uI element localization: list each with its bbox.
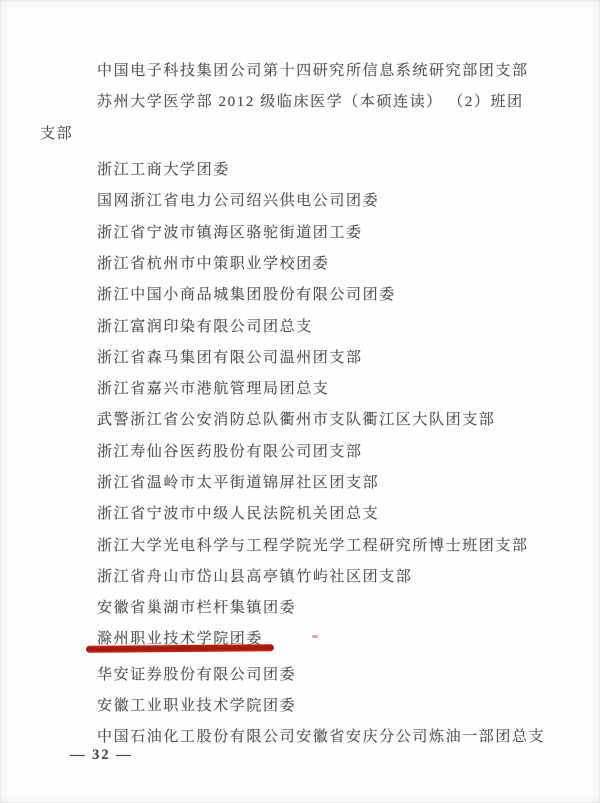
list-item: 浙江省宁波市中级人民法院机关团总支 bbox=[40, 497, 560, 528]
red-ink-speck bbox=[312, 635, 318, 638]
list-item: 浙江省森马集团有限公司温州团支部 bbox=[40, 341, 560, 372]
organization-name: 浙江省杭州市中策职业学校团委 bbox=[97, 252, 329, 273]
organization-name: 中国石油化工股份有限公司安徽省安庆分公司炼油一部团总支 bbox=[97, 725, 545, 746]
list-item: 浙江大学光电科学与工程学院光学工程研究所博士班团支部 bbox=[40, 528, 560, 559]
list-item: 浙江省舟山市岱山县高亭镇竹屿社区团支部 bbox=[40, 560, 560, 591]
highlighted-list-item: 滁州职业技术学院团委 bbox=[40, 622, 560, 653]
organization-name: 支部 bbox=[40, 122, 73, 143]
list-item: 安徽省巢湖市栏杆集镇团委 bbox=[40, 591, 560, 622]
organization-name: 浙江富润印染有限公司团总支 bbox=[97, 315, 313, 336]
list-item: 浙江省温岭市太平街道锦屏社区团支部 bbox=[40, 466, 560, 497]
organization-name: 武警浙江省公安消防总队衢州市支队衢江区大队团支部 bbox=[97, 408, 495, 429]
organization-name: 浙江省舟山市岱山县高亭镇竹屿社区团支部 bbox=[97, 565, 412, 586]
list-item: 浙江省嘉兴市港航管理局团总支 bbox=[40, 372, 560, 403]
organization-name: 浙江工商大学团委 bbox=[97, 158, 230, 179]
list-item: 中国电子科技集团公司第十四研究所信息系统研究部团支部 bbox=[40, 54, 560, 85]
document-page: 中国电子科技集团公司第十四研究所信息系统研究部团支部苏州大学医学部 2012 级… bbox=[0, 0, 600, 803]
organization-name: 国网浙江省电力公司绍兴供电公司团委 bbox=[97, 189, 379, 210]
organization-name: 浙江省嘉兴市港航管理局团总支 bbox=[97, 377, 329, 398]
list-item: 苏州大学医学部 2012 级临床医学（本硕连读） （2）班团 bbox=[40, 85, 560, 116]
organization-name: 安徽工业职业技术学院团委 bbox=[97, 694, 296, 715]
list-item: 武警浙江省公安消防总队衢州市支队衢江区大队团支部 bbox=[40, 403, 560, 434]
list-item: 华安证券股份有限公司团委 bbox=[40, 658, 560, 689]
list-item: 浙江工商大学团委 bbox=[40, 153, 560, 184]
organization-name: 中国电子科技集团公司第十四研究所信息系统研究部团支部 bbox=[97, 59, 529, 80]
organization-name: 浙江省温岭市太平街道锦屏社区团支部 bbox=[97, 471, 379, 492]
list-item: 浙江中国小商品城集团股份有限公司团委 bbox=[40, 278, 560, 309]
body-text: 中国电子科技集团公司第十四研究所信息系统研究部团支部苏州大学医学部 2012 级… bbox=[0, 54, 600, 752]
list-item: 安徽工业职业技术学院团委 bbox=[40, 689, 560, 720]
organization-name: 浙江中国小商品城集团股份有限公司团委 bbox=[97, 283, 396, 304]
red-underline-mark bbox=[86, 645, 274, 654]
list-item: 浙江省杭州市中策职业学校团委 bbox=[40, 247, 560, 278]
list-item: 支部 bbox=[40, 117, 560, 148]
organization-name: 浙江省森马集团有限公司温州团支部 bbox=[97, 346, 363, 367]
list-item: 浙江寿仙谷医药股份有限公司团支部 bbox=[40, 435, 560, 466]
organization-name: 浙江寿仙谷医药股份有限公司团支部 bbox=[97, 440, 363, 461]
organization-name: 浙江省宁波市中级人民法院机关团总支 bbox=[97, 502, 379, 523]
list-item: 浙江省宁波市镇海区骆驼街道团工委 bbox=[40, 215, 560, 246]
page-number: — 32 — bbox=[70, 747, 133, 764]
organization-name: 安徽省巢湖市栏杆集镇团委 bbox=[97, 596, 296, 617]
list-item: 浙江富润印染有限公司团总支 bbox=[40, 309, 560, 340]
organization-name: 华安证券股份有限公司团委 bbox=[97, 663, 296, 684]
list-item: 国网浙江省电力公司绍兴供电公司团委 bbox=[40, 184, 560, 215]
organization-name: 浙江大学光电科学与工程学院光学工程研究所博士班团支部 bbox=[97, 534, 529, 555]
organization-name: 浙江省宁波市镇海区骆驼街道团工委 bbox=[97, 221, 363, 242]
organization-name: 苏州大学医学部 2012 级临床医学（本硕连读） （2）班团 bbox=[97, 90, 524, 111]
